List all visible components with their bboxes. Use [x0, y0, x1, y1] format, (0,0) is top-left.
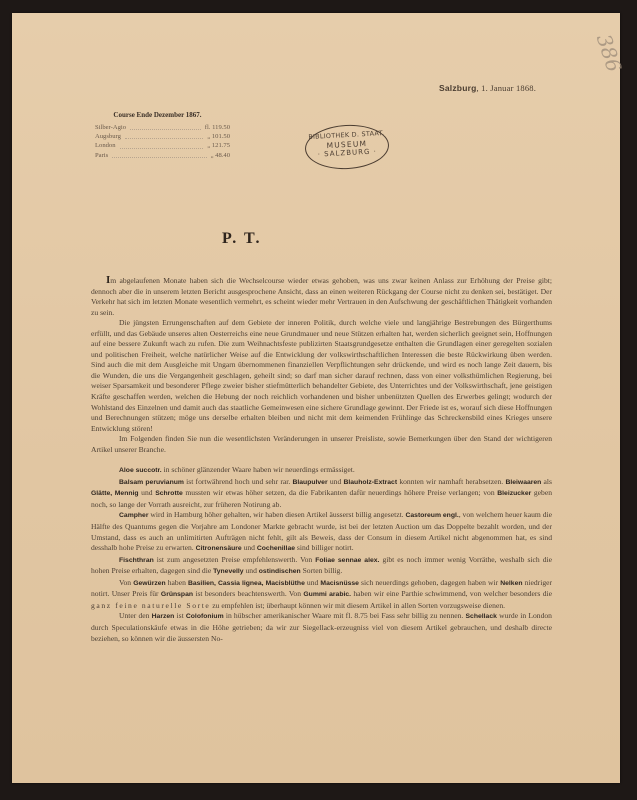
article-term: Nelken: [500, 580, 522, 587]
exchange-rate-table: Course Ende Dezember 1867. Silber-Agiofl…: [95, 111, 230, 160]
dateline-date: , 1. Januar 1868.: [477, 83, 537, 93]
rate-value: „ 101.50: [207, 132, 230, 141]
paragraph: Im Folgenden finden Sie nun die wesentli…: [91, 434, 552, 455]
article-term: Balsam peruvianum: [119, 479, 184, 486]
article-text: ist: [174, 611, 186, 620]
exchange-rate-row: London„ 121.75: [95, 141, 230, 150]
article-term: Bleizucker: [497, 490, 531, 497]
dateline-place: Salzburg: [439, 83, 477, 93]
article-text: haben wir eine Parthie schwimmend, von w…: [351, 589, 552, 598]
paragraph: Im abgelaufenen Monate haben sich die We…: [91, 275, 552, 318]
emphasized-text: ganz feine naturelle Sorte: [91, 601, 210, 610]
article-term: Cochenillae: [257, 545, 295, 552]
article-term: Aloe succotr.: [119, 467, 162, 474]
article-text: ist zum angesetzten Preise empfehlenswer…: [154, 555, 315, 564]
dateline: Salzburg, 1. Januar 1868.: [439, 83, 536, 93]
article-term: Citronensäure: [196, 545, 242, 552]
rate-value: „ 121.75: [207, 141, 230, 150]
article-term: Castoreum engl.: [405, 512, 458, 519]
article-term: Schellack: [466, 613, 497, 620]
article-term: Foliae sennae alex.: [315, 557, 379, 564]
article-text: Unter den: [119, 611, 152, 620]
handwritten-archive-number: 386: [592, 31, 627, 75]
article-text: und: [139, 488, 156, 497]
exchange-rate-title: Course Ende Dezember 1867.: [85, 111, 230, 119]
article-term: Grünspan: [161, 591, 193, 598]
article-paragraph-aloe: Aloe succotr. in schöner glänzender Waar…: [91, 465, 552, 477]
article-text: und: [244, 566, 259, 575]
article-term: Blaupulver: [292, 479, 327, 486]
library-stamp: BIBLIOTHEK D. STAAT. MUSEUM · SALZBURG ·: [304, 123, 390, 171]
article-text: und: [242, 543, 257, 552]
article-text: ist fortwährend hoch und sehr rar.: [184, 477, 293, 486]
article-text: sich neuerdings gehoben, dagegen haben w…: [359, 578, 500, 587]
article-paragraph-gewuerze: Von Gewürzen haben Basilien, Cassia lign…: [91, 578, 552, 612]
article-text: und: [305, 578, 321, 587]
rate-label: Augsburg: [95, 132, 121, 141]
rate-value: fl. 119.50: [205, 123, 230, 132]
article-term: Gummi arabic.: [303, 591, 351, 598]
rate-label: Paris: [95, 151, 108, 160]
article-text: Von: [119, 578, 133, 587]
article-text: ist besonders beachtenswerth. Von: [193, 589, 303, 598]
article-term: Schrotte: [155, 490, 183, 497]
article-term: Campher: [119, 512, 148, 519]
article-term: Harzen: [152, 613, 175, 620]
article-term: Gewürzen: [133, 580, 165, 587]
exchange-rate-row: Paris„ 48.40: [95, 151, 230, 160]
article-text: sind billiger notirt.: [295, 543, 354, 552]
article-text: und: [328, 477, 344, 486]
article-term: Glätte, Mennig: [91, 490, 139, 497]
article-term: Basilien, Cassia lignea, Macisblüthe: [188, 580, 305, 587]
article-term: ostindischen: [259, 568, 301, 575]
article-text: wird in Hamburg höher gehalten, wir habe…: [148, 510, 405, 519]
article-term: Blauholz-Extract: [343, 479, 397, 486]
exchange-rate-row: Silber-Agiofl. 119.50: [95, 123, 230, 132]
article-paragraph-campher: Campher wird in Hamburg höher gehalten, …: [91, 510, 552, 554]
article-paragraph-balsam: Balsam peruvianum ist fortwährend hoch u…: [91, 477, 552, 511]
rate-label: Silber-Agio: [95, 123, 126, 132]
article-term: Colofonium: [186, 613, 224, 620]
article-term: Bleiwaaren: [505, 479, 541, 486]
article-text: zu empfehlen ist; überhaupt können wir m…: [210, 601, 505, 610]
rate-label: London: [95, 141, 116, 150]
paragraph: Die jüngsten Errungenschaften auf dem Ge…: [91, 318, 552, 434]
article-term: Fischthran: [119, 557, 154, 564]
article-text: in schöner glänzender Waare haben wir ne…: [162, 465, 355, 474]
article-text: haben: [166, 578, 188, 587]
document-page: 386 Salzburg, 1. Januar 1868. Course End…: [12, 13, 620, 783]
exchange-rate-row: Augsburg„ 101.50: [95, 132, 230, 141]
salutation-heading: P. T.: [222, 230, 262, 248]
article-term: Macisnüsse: [320, 580, 359, 587]
article-paragraph-fischthran: Fischthran ist zum angesetzten Preise em…: [91, 555, 552, 578]
letter-body: Im abgelaufenen Monate haben sich die We…: [91, 275, 552, 644]
article-paragraph-harze: Unter den Harzen ist Colofonium in hübsc…: [91, 611, 552, 644]
article-text: in hübscher amerikanischer Waare mit fl.…: [224, 611, 466, 620]
rate-value: „ 48.40: [211, 151, 230, 160]
article-text: konnten wir namhaft herabsetzen.: [397, 477, 505, 486]
article-text: Sorten billig.: [301, 566, 343, 575]
article-text: mussten wir etwas höher setzen, da die F…: [183, 488, 497, 497]
article-text: als: [541, 477, 552, 486]
article-term: Tynevelly: [213, 568, 243, 575]
